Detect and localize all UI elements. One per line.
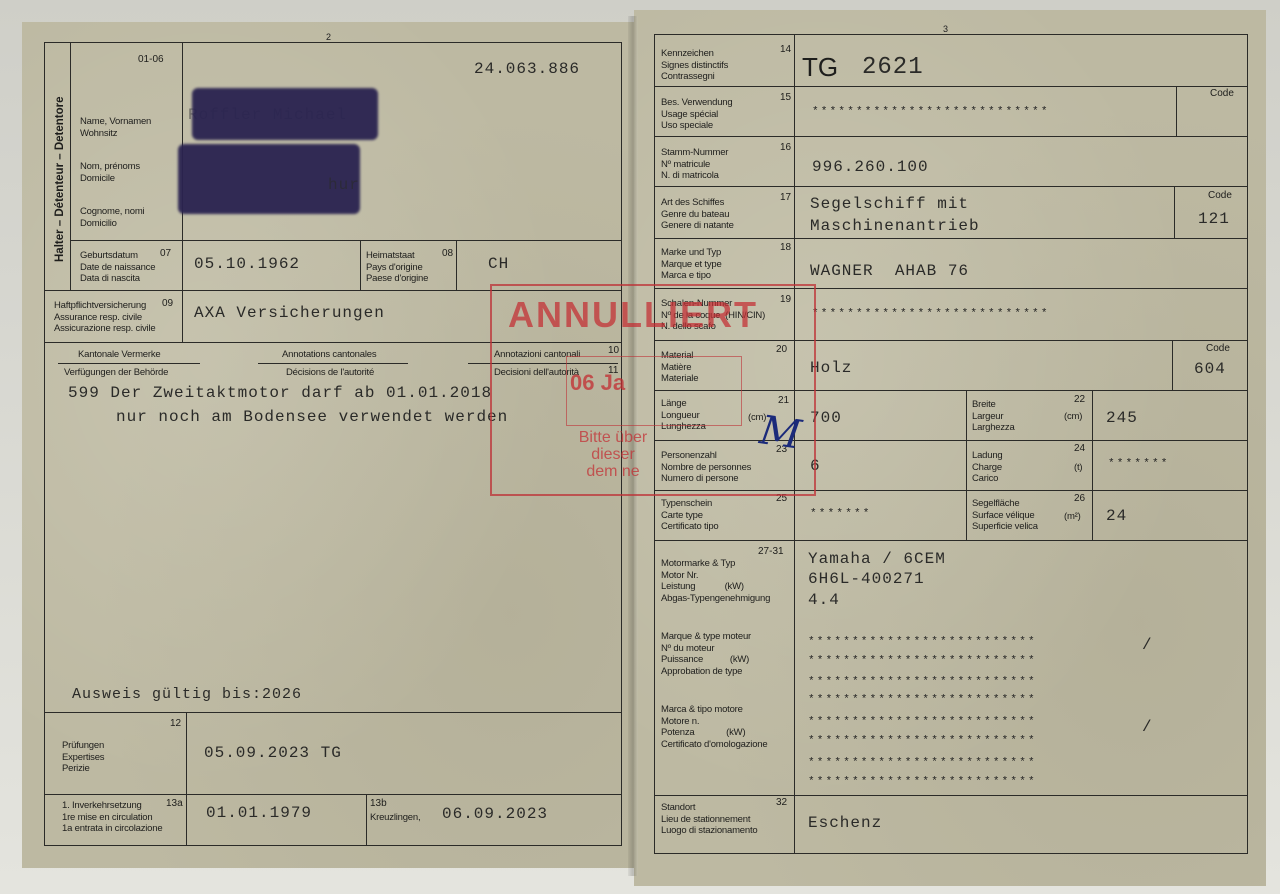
- issue-place: Kreuzlingen,: [370, 812, 420, 824]
- f17-label: Art des Schiffes Genre du bateau Genere …: [661, 197, 734, 232]
- field-no-15: 15: [780, 92, 791, 103]
- f24-value: *******: [1108, 458, 1170, 470]
- first-registration-value: 01.01.1979: [206, 804, 312, 822]
- annotation-line-1: 599 Der Zweitaktmotor darf ab 01.01.2018: [68, 384, 492, 402]
- first-registration-label: 1. Inverkehrsetzung 1re mise en circulat…: [62, 800, 162, 835]
- insurance-value: AXA Versicherungen: [194, 304, 385, 322]
- f17-code-label: Code: [1208, 190, 1232, 201]
- inspections-label: Prüfungen Expertises Perizie: [62, 740, 104, 775]
- page-number-right: 3: [943, 24, 948, 34]
- field-no-08: 08: [442, 248, 453, 259]
- f15-value: ***************************: [812, 106, 1050, 118]
- field-no-26: 26: [1074, 493, 1085, 504]
- annotation-header-fr-2: Décisions de l'autorité: [286, 367, 374, 379]
- plate-prefix: TG: [802, 52, 838, 83]
- issue-date: 06.09.2023: [442, 805, 548, 823]
- f23-label: Personenzahl Nombre de personnes Numero …: [661, 450, 751, 485]
- insurance-label: Haftpflichtversicherung Assurance resp. …: [54, 300, 155, 335]
- f26-unit: (m²): [1064, 511, 1081, 523]
- field-no-13a: 13a: [166, 798, 183, 809]
- f25-value: *******: [810, 508, 872, 520]
- engine3-line-4: **************************: [808, 776, 1037, 788]
- f23-value: 6: [810, 457, 821, 475]
- registration-number: 24.063.886: [474, 60, 580, 78]
- origin-value: CH: [488, 255, 509, 273]
- f22-label: Breite Largeur Larghezza: [972, 399, 1015, 434]
- f18-value: WAGNER AHAB 76: [810, 262, 969, 280]
- f14-label: Kennzeichen Signes distinctifs Contrasse…: [661, 48, 728, 83]
- holder-section-title: Halter – Détenteur – Detentore: [54, 96, 66, 262]
- signature: M: [757, 407, 804, 458]
- engine2-line-4: **************************: [808, 694, 1037, 706]
- origin-label: Heimatstaat Pays d'origine Paese d'origi…: [366, 250, 428, 285]
- f22-value: 245: [1106, 409, 1138, 427]
- field-no-17: 17: [780, 192, 791, 203]
- f20-value: Holz: [810, 359, 852, 377]
- f24-unit: (t): [1074, 462, 1082, 474]
- f20-label: Material Matière Materiale: [661, 350, 698, 385]
- field-no-13b: 13b: [370, 798, 387, 809]
- inspections-value: 05.09.2023 TG: [204, 744, 342, 762]
- f17-value: Segelschiff mit Maschinenantrieb: [810, 193, 980, 237]
- field-no-12: 12: [170, 718, 181, 729]
- f18-label: Marke und Typ Marque et type Marca e tip…: [661, 247, 722, 282]
- f26-label: Segelfläche Surface vélique Superficie v…: [972, 498, 1038, 533]
- engine2-line-1: **************************: [808, 636, 1037, 648]
- engine2-line-2: **************************: [808, 655, 1037, 667]
- annotation-header-it-2: Decisioni dell'autorità: [494, 367, 579, 379]
- birthdate-label: Geburtsdatum Date de naissance Data di n…: [80, 250, 155, 285]
- field-no-32: 32: [776, 797, 787, 808]
- field-no-14: 14: [780, 44, 791, 55]
- field-no-25: 25: [776, 493, 787, 504]
- f22-unit: (cm): [1064, 411, 1082, 423]
- field-no-27-31: 27-31: [758, 546, 784, 557]
- engine2-line-3: **************************: [808, 676, 1037, 688]
- f15-label: Bes. Verwendung Usage spécial Uso specia…: [661, 97, 732, 132]
- plate-number: 2621: [862, 54, 924, 81]
- validity-text: Ausweis gültig bis:2026: [72, 686, 302, 703]
- holder-label-it: Cognome, nomi Domicilio: [80, 206, 144, 229]
- field-no-01-06: 01-06: [138, 54, 164, 65]
- f21-value: 700: [810, 409, 842, 427]
- page-fold: [628, 16, 638, 876]
- holder-label-de: Name, Vornamen Wohnsitz: [80, 116, 151, 139]
- engine-label-fr: Marque & type moteur Nº du moteur Puissa…: [661, 631, 751, 677]
- f20-code-label: Code: [1206, 343, 1230, 354]
- f19-value: ***************************: [812, 308, 1050, 320]
- field-no-07: 07: [160, 248, 171, 259]
- engine1-make-type: Yamaha / 6CEM: [808, 550, 946, 568]
- f16-value: 996.260.100: [812, 158, 929, 176]
- f17-code-value: 121: [1198, 210, 1230, 228]
- page-number-left: 2: [326, 32, 331, 42]
- annotation-line-2: nur noch am Bodensee verwendet werden: [116, 408, 508, 426]
- field-no-22: 22: [1074, 394, 1085, 405]
- engine3-slash: /: [1142, 718, 1153, 736]
- field-no-10: 10: [608, 345, 619, 356]
- f16-label: Stamm-Nummer Nº matricule N. di matricol…: [661, 147, 728, 182]
- f26-value: 24: [1106, 507, 1127, 525]
- f32-label: Standort Lieu de stationnement Luogo di …: [661, 802, 757, 837]
- annotation-header-de-1: Kantonale Vermerke: [78, 349, 160, 361]
- holder-label-fr: Nom, prénoms Domicile: [80, 161, 140, 184]
- field-no-21: 21: [778, 395, 789, 406]
- f20-code-value: 604: [1194, 360, 1226, 378]
- engine1-power: 4.4: [808, 591, 840, 609]
- engine1-number: 6H6L-400271: [808, 570, 925, 588]
- field-no-09: 09: [162, 298, 173, 309]
- engine3-line-2: **************************: [808, 735, 1037, 747]
- engine2-slash: /: [1142, 636, 1153, 654]
- birthdate-value: 05.10.1962: [194, 255, 300, 273]
- annotation-header-de-2: Verfügungen der Behörde: [64, 367, 168, 379]
- engine3-line-3: **************************: [808, 757, 1037, 769]
- field-no-20: 20: [776, 344, 787, 355]
- f21-label: Länge Longueur Lunghezza: [661, 398, 706, 433]
- f25-label: Typenschein Carte type Certificato tipo: [661, 498, 719, 533]
- f15-code-label: Code: [1210, 88, 1234, 99]
- field-no-24: 24: [1074, 443, 1085, 454]
- f24-label: Ladung Charge Carico: [972, 450, 1003, 485]
- annotation-header-fr-1: Annotations cantonales: [282, 349, 376, 361]
- annotation-header-it-1: Annotazioni cantonali: [494, 349, 580, 361]
- field-no-11: 11: [608, 365, 618, 376]
- field-no-18: 18: [780, 242, 791, 253]
- engine-label-de: Motormarke & Typ Motor Nr. Leistung (kW)…: [661, 558, 770, 604]
- f19-label: Schalen-Nummer Nº de la coque (HIN/CIN) …: [661, 298, 765, 333]
- engine-label-it: Marca & tipo motore Motore n. Potenza (k…: [661, 704, 767, 750]
- f32-value: Eschenz: [808, 814, 882, 832]
- field-no-16: 16: [780, 142, 791, 153]
- holder-address-suffix: hur: [328, 176, 360, 194]
- redaction-mark: [192, 88, 378, 140]
- engine3-line-1: **************************: [808, 716, 1037, 728]
- field-no-19: 19: [780, 294, 791, 305]
